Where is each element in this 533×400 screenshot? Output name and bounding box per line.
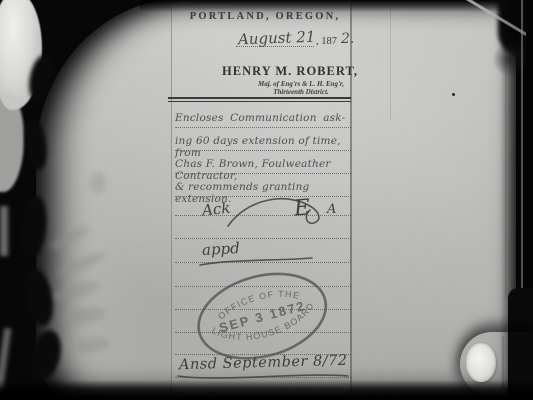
photo-of-document: PORTLAND, OREGON, August 21 , 187 2. HEN… xyxy=(0,0,533,400)
city-line: PORTLAND, OREGON, xyxy=(180,11,350,22)
paper-speck xyxy=(452,93,455,96)
handwritten-line: Encloses Communication ask- xyxy=(175,112,355,124)
date-printed-year: , 187 xyxy=(316,36,337,47)
page-fold-line xyxy=(390,0,391,120)
finger-crease xyxy=(502,336,504,390)
initial-e-mark: E xyxy=(293,195,311,221)
edge-highlight-sliver xyxy=(0,206,8,256)
fingernail xyxy=(466,343,496,382)
date-underline xyxy=(236,46,314,47)
officer-title-line-2: Thirteenth District. xyxy=(240,88,362,96)
date-year-script: 2. xyxy=(341,31,354,47)
officer-name: HENRY M. ROBERT, xyxy=(215,64,365,79)
handwritten-line: ing 60 days extension of time, from xyxy=(175,135,355,159)
ack-flourish xyxy=(226,192,326,232)
header-rule xyxy=(168,97,351,102)
finger-photo xyxy=(460,332,533,396)
handwritten-line: Chas F. Brown, Foulweather Contractor, xyxy=(175,158,355,182)
ruled-line xyxy=(175,238,351,239)
column-left-edge xyxy=(171,4,172,392)
ghost-writing-smudge xyxy=(90,172,106,194)
initial-a-mark: A xyxy=(327,202,336,217)
ruled-line xyxy=(175,127,351,128)
officer-title-line-1: Maj. of Eng'rs & L. H. Eng'r, xyxy=(240,80,362,88)
bottom-shadow-band xyxy=(0,380,533,400)
